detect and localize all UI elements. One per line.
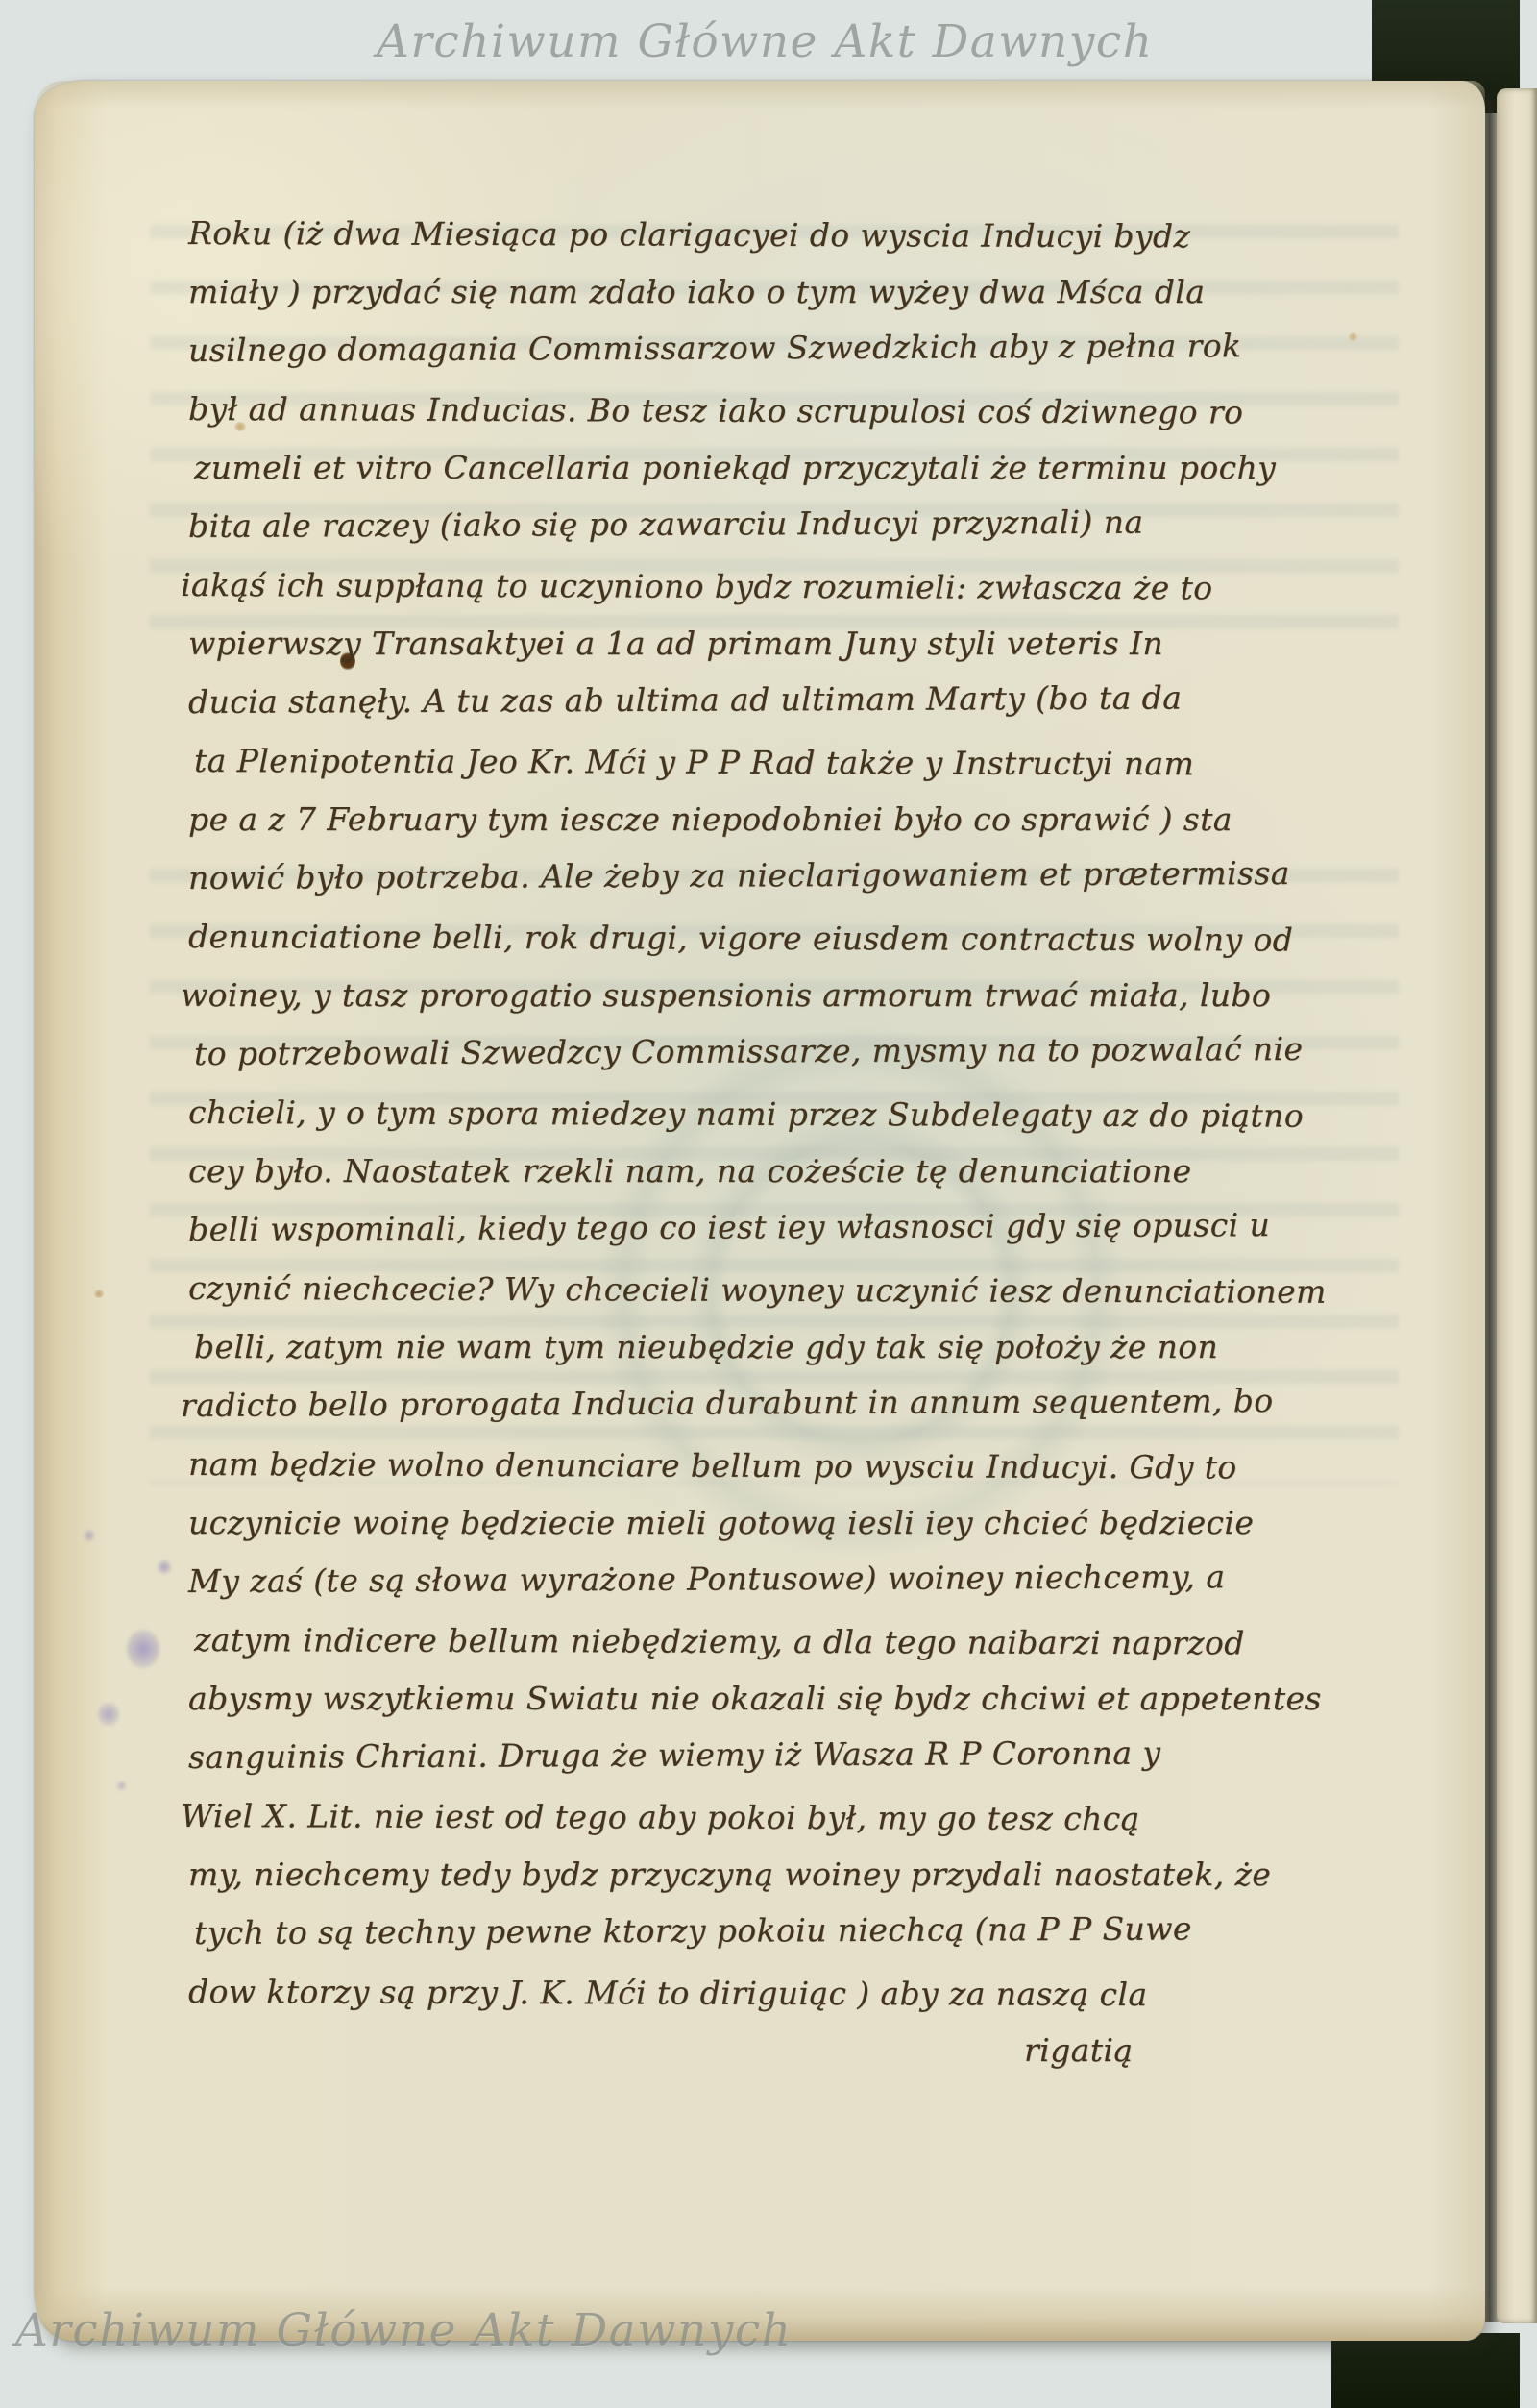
manuscript-line: czynić niechcecie? Wy chcecieli woyney u… [188,1259,1447,1321]
book-cover-strip-bottom [1331,2333,1520,2408]
manuscript-line: tych to są techny pewne ktorzy pokoiu ni… [194,1898,1447,1962]
manuscript-catchword: rigatią [1024,2021,1447,2079]
violet-ink-stain [117,1781,126,1790]
violet-ink-stain [127,1630,159,1668]
manuscript-line: uczynicie woinę będziecie mieli gotową i… [188,1493,1447,1552]
manuscript-line: cey było. Naostatek rzekli nam, na cożeś… [188,1142,1447,1200]
manuscript-line: ducia stanęły. A tu zas ab ultima ad ult… [188,667,1447,731]
scan-root: { "archive_watermark": { "top": "Archiwu… [0,0,1537,2408]
archive-watermark-top: Archiwum Główne Akt Dawnych [377,15,1153,68]
manuscript-line: iakąś ich suppłaną to uczyniono bydz roz… [181,555,1447,618]
manuscript-line: sanguinis Chriani. Druga że wiemy iż Was… [188,1722,1447,1786]
violet-ink-stain [85,1530,94,1541]
manuscript-line: zumeli et vitro Cancellaria poniekąd prz… [194,438,1447,497]
manuscript-page: Roku (iż dwa Miesiąca po clarigacyei do … [35,81,1485,2341]
manuscript-line: Wiel X. Lit. nie iest od tego aby pokoi … [181,1786,1447,1849]
violet-ink-stain [98,1703,119,1726]
next-page-edge [1497,88,1537,2323]
manuscript-line: belli wspominali, kiedy tego co iest iey… [188,1194,1447,1259]
violet-ink-stain [158,1560,171,1574]
manuscript-line: dow ktorzy są przy J. K. Mći to diriguią… [188,1962,1447,2025]
manuscript-line: był ad annuas Inducias. Bo tesz iako scr… [188,380,1447,442]
manuscript-line: to potrzebowali Szwedzcy Commissarze, my… [194,1019,1447,1083]
manuscript-line: woiney, y tasz prorogatio suspensionis a… [181,966,1447,1024]
manuscript-line: chcieli, y o tym spora miedzey nami prze… [188,1083,1447,1145]
manuscript-line: my, niechcemy tedy bydz przyczyną woiney… [188,1845,1447,1904]
manuscript-text: Roku (iż dwa Miesiąca po clarigacyei do … [188,204,1447,2079]
manuscript-line: usilnego domagania Commissarzow Szwedzki… [188,315,1447,380]
manuscript-line: radicto bello prorogata Inducia durabunt… [181,1370,1447,1435]
manuscript-line: wpierwszy Transaktyei a 1a ad primam Jun… [188,614,1447,673]
archive-watermark-bottom: Archiwum Główne Akt Dawnych [15,2304,792,2357]
manuscript-line: abysmy wszytkiemu Swiatu nie okazali się… [188,1669,1447,1728]
manuscript-line: ta Plenipotentia Jeo Kr. Mći y P P Rad t… [194,731,1447,794]
manuscript-line: My zaś (te są słowa wyrażone Pontusowe) … [188,1546,1447,1610]
manuscript-line: pe a z 7 February tym iescze niepodobnie… [188,790,1447,848]
manuscript-line: zatym indicere bellum niebędziemy, a dla… [194,1610,1447,1673]
foxing-spot [94,1290,104,1298]
manuscript-line: bita ale raczey (iako się po zawarciu In… [188,491,1447,555]
manuscript-line: nam będzie wolno denunciare bellum po wy… [188,1435,1447,1497]
manuscript-line: nowić było potrzeba. Ale żeby za nieclar… [188,843,1447,907]
manuscript-line: miały ) przydać się nam zdało iako o tym… [188,262,1447,321]
manuscript-line: belli, zatym nie wam tym nieubędzie gdy … [194,1317,1447,1376]
manuscript-line: denunciatione belli, rok drugi, vigore e… [188,907,1447,970]
page-top-edge [35,81,1485,110]
manuscript-line: Roku (iż dwa Miesiąca po clarigacyei do … [188,204,1447,266]
